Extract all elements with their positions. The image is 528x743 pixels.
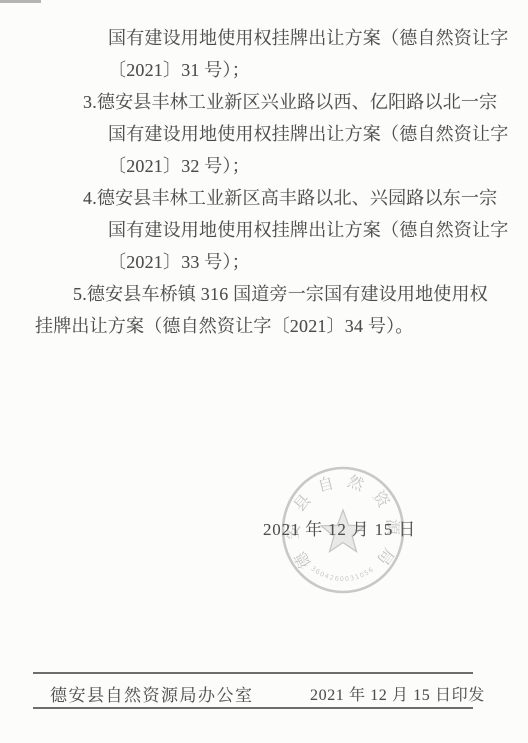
footer-print-date: 2021 年 12 月 15 日印发 (310, 682, 485, 705)
body-line: 4.德安县丰林工业新区高丰路以北、兴园路以东一宗 (35, 182, 505, 214)
body-line: 国有建设用地使用权挂牌出让方案（德自然资让字 (35, 118, 505, 150)
body-line: 国有建设用地使用权挂牌出让方案（德自然资让字 (35, 214, 505, 246)
body-line: 5.德安县车桥镇 316 国道旁一宗国有建设用地使用权 (35, 278, 505, 310)
body-line: 国有建设用地使用权挂牌出让方案（德自然资让字 (35, 22, 505, 54)
footer-divider-bottom (33, 707, 473, 709)
scan-artifact (0, 0, 41, 3)
document-body: 国有建设用地使用权挂牌出让方案（德自然资让字 〔2021〕31 号）； 3.德安… (35, 22, 505, 342)
body-line: 〔2021〕31 号）； (35, 54, 505, 86)
body-line: 〔2021〕33 号）； (35, 246, 505, 278)
body-line: 挂牌出让方案（德自然资让字〔2021〕34 号）。 (35, 310, 505, 342)
svg-text:3604260031056: 3604260031056 (309, 564, 376, 583)
body-line: 〔2021〕32 号）； (35, 150, 505, 182)
footer-issuer: 德安县自然资源局办公室 (50, 681, 254, 706)
footer-divider-top (33, 672, 473, 674)
issue-date: 2021 年 12 月 15 日 (263, 515, 416, 540)
body-line: 3.德安县丰林工业新区兴业路以西、亿阳路以北一宗 (35, 86, 505, 118)
document-page: 国有建设用地使用权挂牌出让方案（德自然资让字 〔2021〕31 号）； 3.德安… (0, 0, 528, 743)
seal-code: 3604260031056 (309, 564, 376, 583)
